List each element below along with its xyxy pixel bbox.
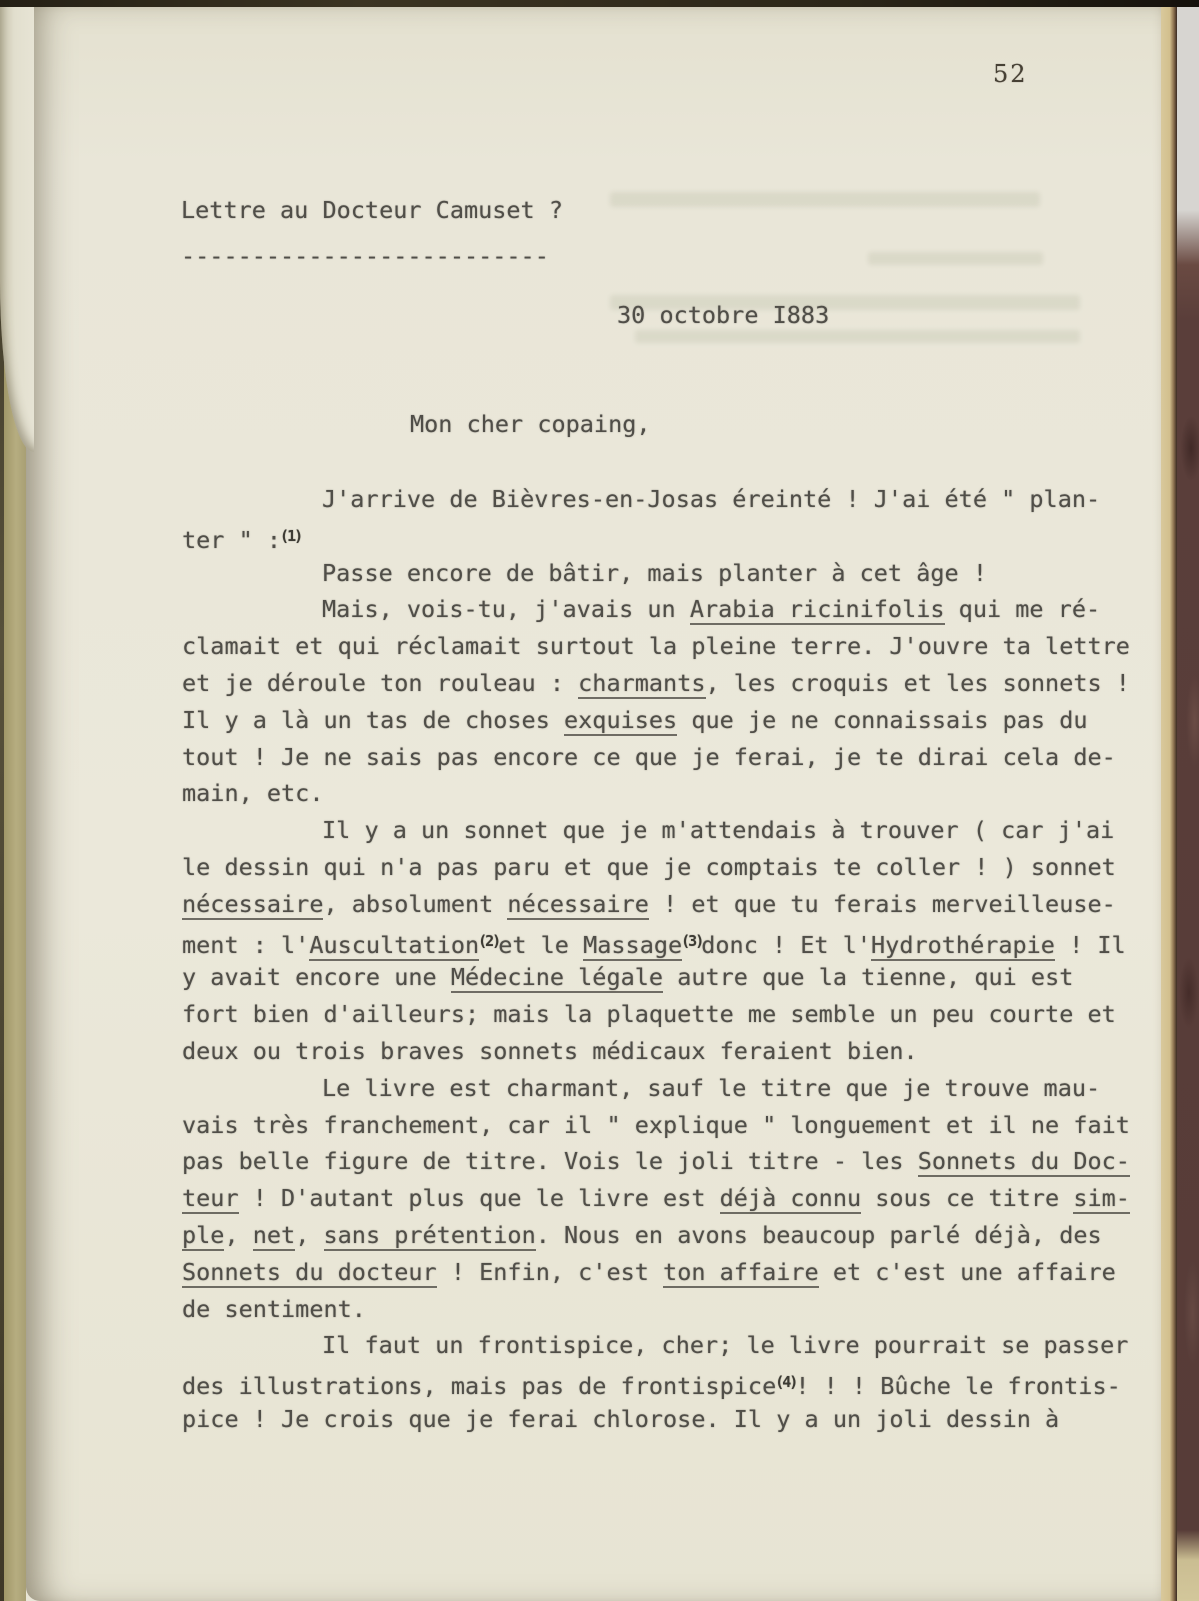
text-segment: et je déroule ton rouleau :	[182, 669, 578, 697]
letter-line: ter " :(1)	[182, 518, 1130, 555]
text-segment: ment : l'	[182, 931, 309, 959]
letter-title: Lettre au Docteur Camuset ?	[181, 192, 563, 229]
underlined-text: déjà connu	[720, 1184, 861, 1214]
text-segment: ! D'autant plus que le livre est	[239, 1184, 720, 1212]
book-top-edge	[0, 0, 1199, 7]
text-segment: ! ! ! Bûche le frontis-	[795, 1372, 1120, 1400]
underlined-text: sans prétention	[324, 1221, 536, 1251]
text-segment: Le livre est charmant, sauf le titre que…	[322, 1074, 1100, 1102]
text-segment: tout ! Je ne sais pas encore ce que je f…	[182, 743, 1116, 771]
scanned-letter-page: 52 Lettre au Docteur Camuset ? ---------…	[0, 0, 1199, 1601]
bleed-through-artifact	[610, 192, 1040, 207]
text-segment: ! Il	[1055, 931, 1126, 959]
underlined-text: net	[253, 1221, 295, 1251]
text-segment: que je ne connaissais pas du	[677, 706, 1087, 734]
letter-line: Passe encore de bâtir, mais planter à ce…	[182, 555, 1130, 592]
text-segment: le dessin qui n'a pas paru et que je com…	[182, 853, 1116, 881]
underlined-text: teur	[182, 1184, 239, 1214]
footnote-marker: (2)	[478, 923, 499, 960]
letter-line: tout ! Je ne sais pas encore ce que je f…	[182, 739, 1130, 776]
text-segment: Il y a là un tas de choses	[182, 706, 564, 734]
text-segment: de sentiment.	[182, 1295, 366, 1323]
text-segment: pas belle figure de titre. Vois le joli …	[182, 1147, 918, 1175]
letter-line: de sentiment.	[182, 1291, 1130, 1328]
title-separator: --------------------------	[181, 238, 549, 275]
text-segment: . Nous en avons beaucoup parlé déjà, des	[536, 1221, 1102, 1249]
letter-line: pas belle figure de titre. Vois le joli …	[182, 1143, 1130, 1180]
bleed-through-artifact	[868, 252, 1043, 265]
text-segment: vais très franchement, car il " explique…	[182, 1111, 1130, 1139]
letter-line: Sonnets du docteur ! Enfin, c'est ton af…	[182, 1254, 1130, 1291]
letter-line: y avait encore une Médecine légale autre…	[182, 959, 1130, 996]
letter-line: Le livre est charmant, sauf le titre que…	[182, 1070, 1130, 1107]
letter-line: nécessaire, absolument nécessaire ! et q…	[182, 886, 1130, 923]
text-segment: fort bien d'ailleurs; mais la plaquette …	[182, 1000, 1116, 1028]
text-segment: deux ou trois braves sonnets médicaux fe…	[182, 1037, 918, 1065]
text-segment: sous ce titre	[861, 1184, 1073, 1212]
text-segment: et le	[498, 931, 583, 959]
letter-salutation: Mon cher copaing,	[410, 406, 651, 443]
text-segment: main, etc.	[182, 779, 323, 807]
underlined-text: charmants	[578, 669, 705, 699]
text-segment: Il y a un sonnet que je m'attendais à tr…	[322, 816, 1114, 844]
text-segment: et c'est une affaire	[819, 1258, 1116, 1286]
footnote-marker: (1)	[280, 518, 301, 555]
footnote-marker: (4)	[775, 1364, 796, 1401]
underlined-text: Hydrothérapie	[871, 931, 1055, 961]
text-segment: des illustrations, mais pas de frontispi…	[182, 1372, 776, 1400]
footnote-marker: (3)	[681, 923, 702, 960]
letter-line: pice ! Je crois que je ferai chlorose. I…	[182, 1401, 1130, 1438]
underlined-text: Arabia ricinifolis	[690, 595, 945, 625]
text-segment: ,	[224, 1221, 252, 1249]
letter-line: des illustrations, mais pas de frontispi…	[182, 1364, 1130, 1401]
page-number: 52	[993, 60, 1028, 88]
text-segment: Mais, vois-tu, j'avais un	[322, 595, 690, 623]
letter-line: Il y a un sonnet que je m'attendais à tr…	[182, 812, 1130, 849]
text-segment: Il faut un frontispice, cher; le livre p…	[322, 1331, 1128, 1359]
underlined-text: sim-	[1073, 1184, 1130, 1214]
text-segment: J'arrive de Bièvres-en-Josas éreinté ! J…	[322, 485, 1100, 513]
letter-line: teur ! D'autant plus que le livre est dé…	[182, 1180, 1130, 1217]
text-segment: donc ! Et l'	[701, 931, 871, 959]
text-segment: qui me ré-	[945, 595, 1101, 623]
underlined-text: exquises	[564, 706, 677, 736]
text-segment: , absolument	[323, 890, 507, 918]
text-segment: ! Enfin, c'est	[437, 1258, 663, 1286]
letter-line: vais très franchement, car il " explique…	[182, 1107, 1130, 1144]
letter-line: deux ou trois braves sonnets médicaux fe…	[182, 1033, 1130, 1070]
letter-line: ple, net, sans prétention. Nous en avons…	[182, 1217, 1130, 1254]
letter-line: fort bien d'ailleurs; mais la plaquette …	[182, 996, 1130, 1033]
letter-line: main, etc.	[182, 775, 1130, 812]
underlined-text: nécessaire	[182, 890, 323, 920]
text-segment: clamait et qui réclamait surtout la plei…	[182, 632, 1130, 660]
letter-line: ment : l'Auscultation(2)et le Massage(3)…	[182, 923, 1130, 960]
underlined-text: Auscultation	[309, 931, 479, 961]
underlined-text: Sonnets du Doc-	[918, 1147, 1130, 1177]
underlined-text: Massage	[583, 931, 682, 961]
page-stack-edge	[1161, 0, 1177, 1601]
text-segment: , les croquis et les sonnets !	[706, 669, 1130, 697]
letter-line: Il y a là un tas de choses exquises que …	[182, 702, 1130, 739]
underlined-text: ple	[182, 1221, 224, 1251]
letter-line: et je déroule ton rouleau : charmants, l…	[182, 665, 1130, 702]
letter-body: J'arrive de Bièvres-en-Josas éreinté ! J…	[182, 481, 1130, 1438]
letter-line: clamait et qui réclamait surtout la plei…	[182, 628, 1130, 665]
underlined-text: Sonnets du docteur	[182, 1258, 437, 1288]
text-segment: ter " :	[182, 526, 281, 554]
letter-line: Mais, vois-tu, j'avais un Arabia ricinif…	[182, 591, 1130, 628]
letter-line: Il faut un frontispice, cher; le livre p…	[182, 1327, 1130, 1364]
letter-date: 30 octobre I883	[617, 297, 829, 334]
text-segment: ,	[295, 1221, 323, 1249]
text-segment: Passe encore de bâtir, mais planter à ce…	[322, 559, 987, 587]
text-segment: ! et que tu ferais merveilleuse-	[649, 890, 1116, 918]
letter-line: J'arrive de Bièvres-en-Josas éreinté ! J…	[182, 481, 1130, 518]
underlined-text: Médecine légale	[451, 963, 663, 993]
underlined-text: nécessaire	[507, 890, 648, 920]
text-segment: pice ! Je crois que je ferai chlorose. I…	[182, 1405, 1059, 1433]
letter-line: le dessin qui n'a pas paru et que je com…	[182, 849, 1130, 886]
text-segment: y avait encore une	[182, 963, 451, 991]
underlined-text: ton affaire	[663, 1258, 819, 1288]
text-segment: autre que la tienne, qui est	[663, 963, 1073, 991]
